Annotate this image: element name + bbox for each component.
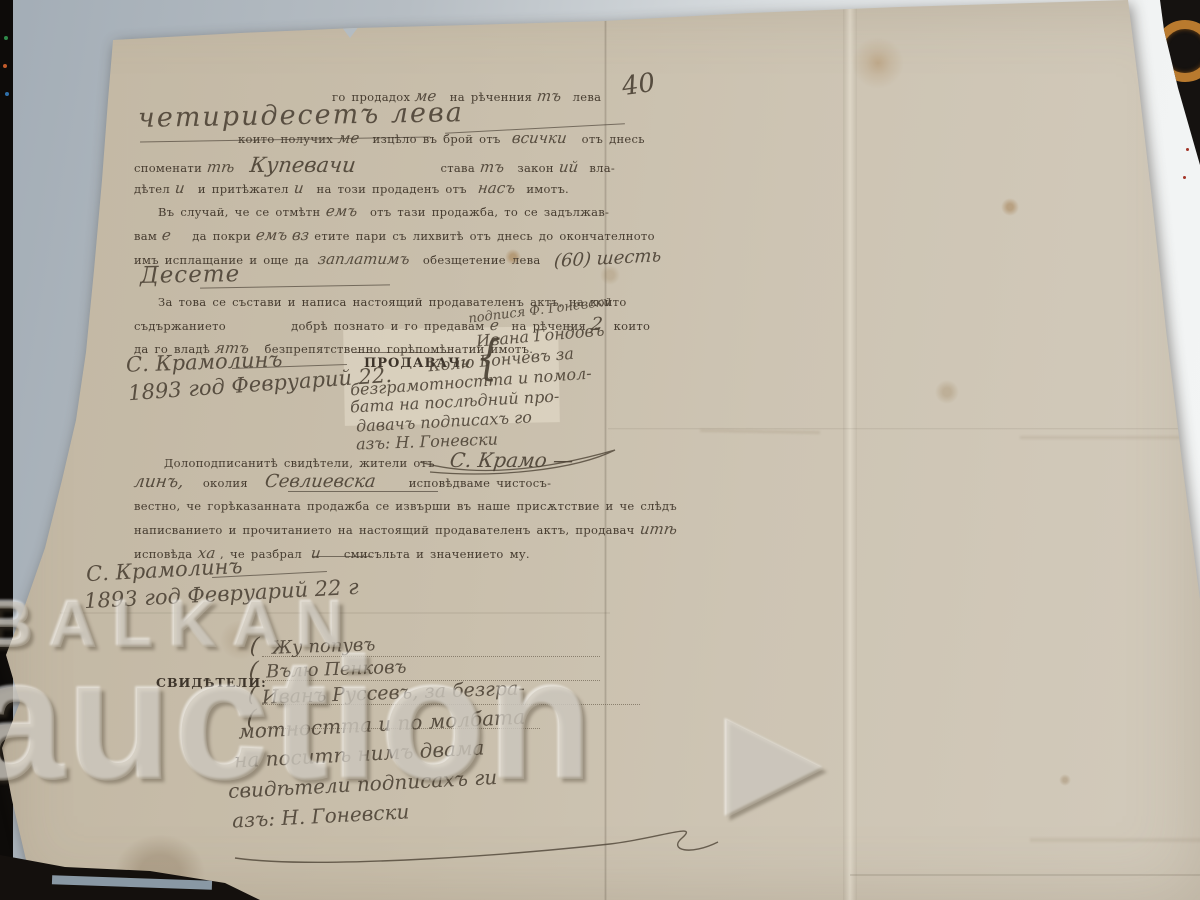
ink-show-through: [1030, 838, 1200, 842]
printed-text: лева: [573, 90, 602, 104]
handwritten-insert: заплатимъ: [317, 250, 411, 268]
printed-line-7: вам е да покри емъ вз етите пари съ лихв…: [134, 225, 655, 244]
horizontal-crease-right-page: [608, 428, 1200, 430]
witness-paragraph-line-4: написванието и прочитанието на настоящий…: [134, 519, 677, 538]
handwritten-insert: итѣ: [639, 520, 678, 538]
printed-text: споменати: [134, 161, 202, 175]
handwritten-village-cont: линъ,: [133, 472, 185, 492]
handwritten-insert: емъ: [324, 202, 358, 220]
printed-text: вам: [134, 229, 157, 243]
handwritten-insert: и: [293, 179, 305, 197]
printed-text: дѣтел: [134, 182, 170, 196]
printed-line-4: споменати тѣ Купевачи става тъ закон ий …: [134, 153, 615, 177]
printed-text: става: [441, 161, 476, 175]
watermark-brand-main: auction: [0, 622, 596, 820]
handwritten-insert: всички: [511, 129, 568, 147]
printed-text: Въ случай, че се отмѣтн: [158, 205, 320, 219]
printed-text: вестно, че горѣказанната продажба се изв…: [134, 499, 677, 513]
printed-text: изцѣло въ брой отъ: [373, 132, 501, 146]
handwritten-penalty-words: Десете: [140, 261, 241, 289]
witness-paragraph-line-2: линъ, околия Севлиевска исповѣдваме чист…: [134, 471, 551, 492]
blank-rule: [352, 352, 452, 353]
printed-text: вла-: [589, 161, 615, 175]
red-speck: [1183, 176, 1186, 179]
ink-show-through: [1020, 436, 1190, 439]
printed-text: отъ днесь: [582, 132, 645, 146]
printed-text: написванието и прочитанието на настоящий…: [134, 523, 635, 537]
handwritten-insert: ий: [558, 158, 580, 176]
printed-text: смисъльта и значението му.: [344, 547, 530, 561]
photo-of-historical-document: го продадох ме на рѣченния тъ лева 40 че…: [0, 0, 1200, 900]
printed-text: имотъ.: [526, 182, 569, 196]
handwritten-insert: ме: [337, 129, 361, 147]
ink-show-through: [700, 429, 820, 434]
printed-text: които: [614, 319, 651, 333]
handwritten-district: Севлиевска: [264, 471, 377, 492]
printed-text: закон: [517, 161, 553, 175]
printed-text: на този продаденъ отъ: [317, 182, 467, 196]
vertical-fold-crease-right: [843, 4, 857, 900]
printed-text: отъ тази продажба, то се задължав-: [370, 205, 609, 219]
handwritten-buyers-name: Купевачи: [248, 153, 357, 177]
handwritten-amount-figure: 40: [620, 68, 657, 102]
handwritten-insert: емъ вз: [255, 226, 310, 244]
printed-text: исповѣдваме чистосъ-: [409, 476, 552, 490]
printed-line-6: Въ случай, че се отмѣтн емъ отъ тази про…: [158, 201, 609, 220]
red-speck: [1186, 148, 1189, 151]
watermark-arrow-icon: ▶: [728, 690, 820, 829]
handwritten-insert: е: [161, 226, 172, 244]
handwritten-insert: насъ: [477, 179, 516, 197]
printed-text: да покри: [192, 229, 251, 243]
witness-paragraph-line-1: Долоподписанитѣ свидѣтели, жители отъ С.…: [164, 448, 573, 472]
printed-line-5: дѣтел и и притѣжател и на този продаденъ…: [134, 178, 569, 197]
handwritten-insert: тѣ: [206, 158, 236, 176]
witness-paragraph-line-3: вестно, че горѣказанната продажба се изв…: [134, 495, 677, 514]
printed-line-3: които получих ме изцѣло въ брой отъ всич…: [238, 128, 645, 147]
handwritten-village: С. Крамо —: [448, 448, 574, 472]
printed-text: Долоподписанитѣ свидѣтели, жители отъ: [164, 456, 435, 470]
handwritten-insert: и: [174, 179, 186, 197]
flourish-line: [312, 556, 372, 557]
torn-notch: [338, 22, 362, 38]
handwritten-insert: и: [310, 544, 322, 562]
printed-text: етите пари съ лихвитѣ отъ днесь до оконч…: [314, 229, 655, 243]
printed-text: обезщетение лева: [423, 253, 541, 267]
signature-flourish-bottom: [220, 820, 740, 880]
printed-text: околия: [203, 476, 248, 490]
handwritten-insert: тъ: [479, 158, 505, 176]
handwritten-penalty-amount: (60) шесть: [553, 245, 662, 272]
printed-text: които получих: [238, 132, 333, 146]
horizontal-crease-bottom: [850, 874, 1200, 876]
handwritten-insert: тъ: [536, 87, 562, 105]
printed-text: и притѣжател: [198, 182, 289, 196]
flourish-line: [288, 491, 438, 492]
printed-text: съдържанието: [134, 319, 226, 333]
